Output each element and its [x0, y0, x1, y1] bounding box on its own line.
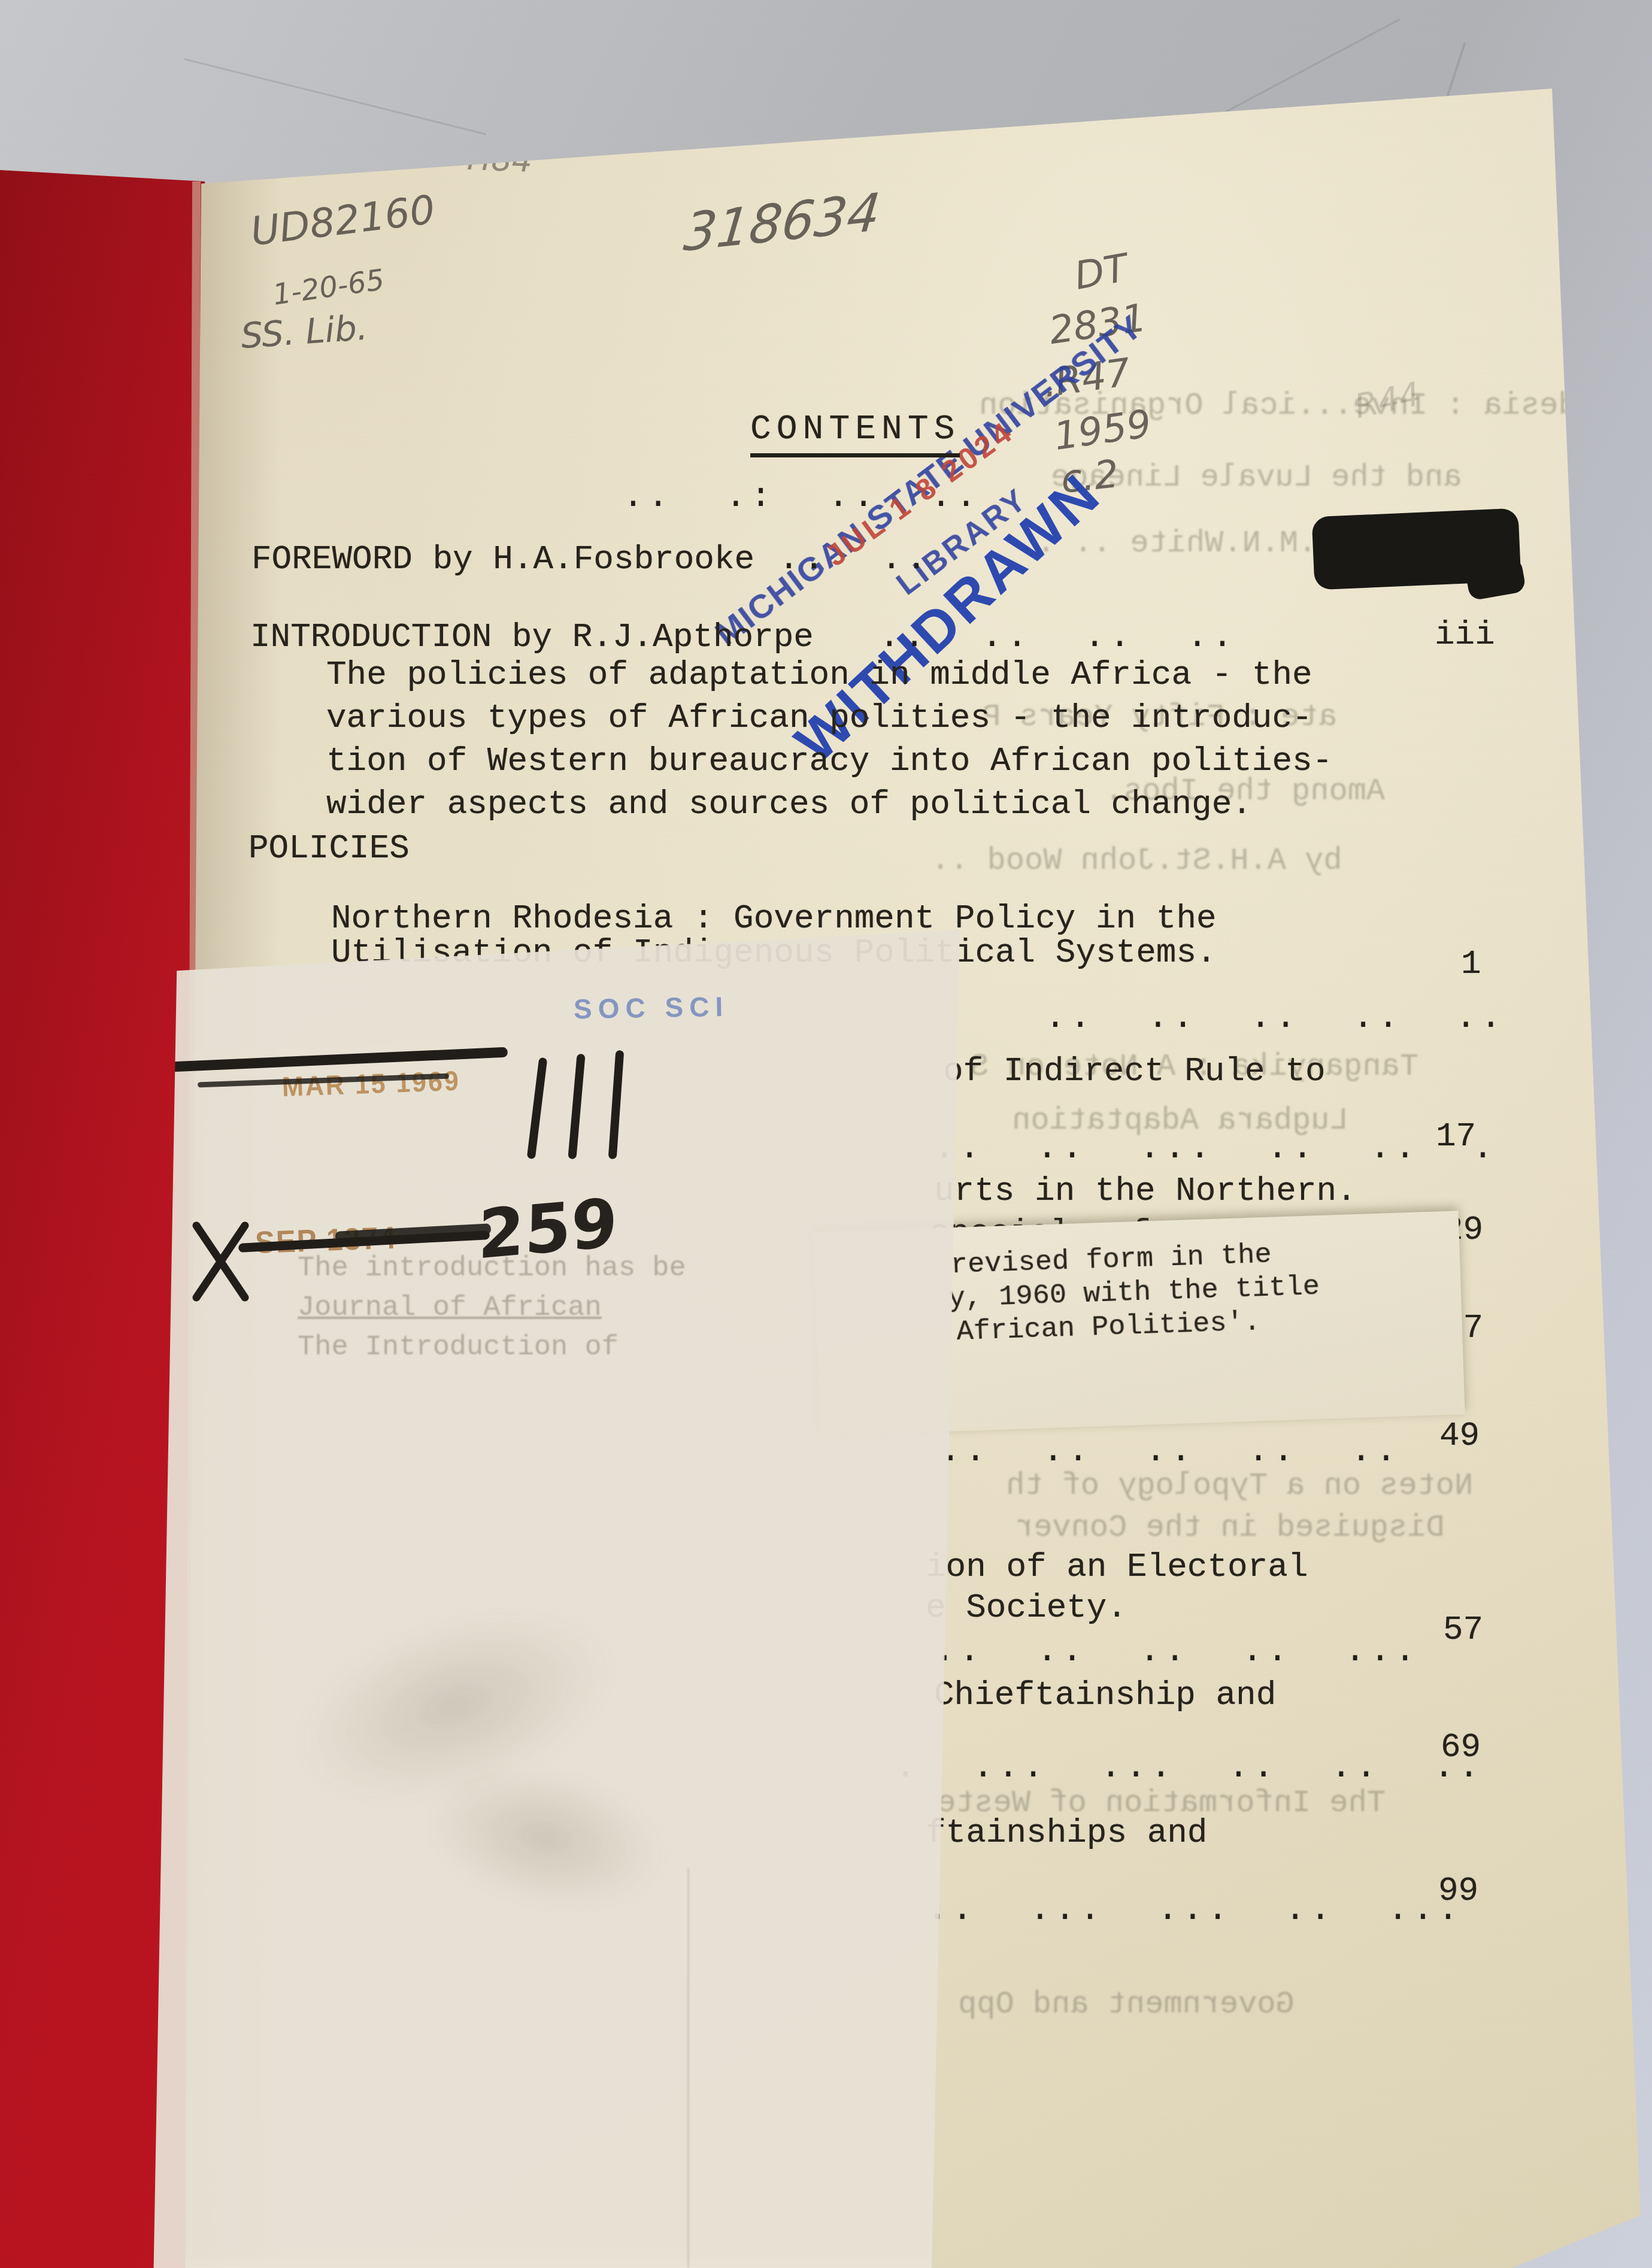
leader-dots: .. .: .. .. — [623, 478, 981, 517]
intro-summary-line: tion of Western bureaucracy into African… — [326, 744, 1332, 779]
marker-111-stroke — [568, 1054, 585, 1160]
page-number: 57 — [1443, 1611, 1483, 1649]
toc-entry-fragment: of Indirect Rule to — [943, 1054, 1326, 1089]
toc-entry-line: Northern Rhodesia : Government Policy in… — [331, 901, 1217, 936]
photo-scene: Northern Rhodesia : Inve...ical Organisa… — [0, 0, 1652, 2268]
leader-dots: .. .. — [778, 540, 931, 579]
marker-111-stroke — [527, 1057, 548, 1159]
page-number: 49 — [1439, 1417, 1480, 1455]
handwritten-259: 259 — [477, 1184, 618, 1274]
toc-entry-fragment: Chieftainship and — [934, 1678, 1276, 1713]
toc-foreword: FOREWORD by H.A.Fosbrooke — [251, 542, 754, 577]
leader-dots: .. .. .. .. .. — [940, 1432, 1401, 1471]
handwritten-accession: 318634 — [681, 182, 883, 263]
intro-summary-line: various types of African polities - the … — [326, 701, 1312, 736]
leader-dots: .. .. .. .. ... — [934, 1632, 1420, 1671]
page-number: 1 — [1461, 945, 1481, 983]
intro-summary-line: wider aspects and sources of political c… — [326, 787, 1252, 822]
marker-111-stroke — [608, 1050, 625, 1160]
toc-entry-fragment: e Society. — [926, 1590, 1127, 1626]
ghost-text: by A.H.St.John Wood .. — [931, 843, 1342, 878]
leader-dots: .. .. .. .. — [879, 618, 1237, 657]
slip-crease — [687, 1868, 689, 2268]
policies-heading: POLICIES — [248, 831, 410, 866]
ghost-text: Disguised in the Conver — [1015, 1510, 1445, 1545]
soc-sci-stamp: SOC SCI — [574, 990, 729, 1026]
leader-dots: . ... ... .. .. .. — [895, 1748, 1484, 1787]
contents-title: CONTENTS — [750, 412, 960, 457]
page-number: 69 — [1441, 1728, 1481, 1766]
ghost-text: Government and Opp — [958, 1987, 1295, 2022]
toc-entry-fragment: urts in the Northern. — [934, 1174, 1357, 1209]
toc-entry-fragment: ftainships and — [926, 1815, 1207, 1851]
ghost-text: The Introduction of — [298, 1332, 619, 1363]
page-number: 99 — [1438, 1872, 1478, 1910]
handwritten-date: 1-20-65 — [271, 263, 386, 312]
leader-dots: .. .. ... .. .. . — [934, 1129, 1498, 1168]
table-scratch — [184, 58, 486, 135]
toc-entry-fragment: ion of an Electoral — [926, 1550, 1308, 1585]
toc-introduction: INTRODUCTION by R.J.Apthorpe — [250, 620, 814, 655]
handwritten-lib: SS. Lib. — [240, 307, 369, 357]
leader-dots: .. .. .. .. .. — [1045, 999, 1505, 1038]
page-number: 17 — [1436, 1117, 1476, 1156]
leader-dots: .. ... ... .. ... — [927, 1891, 1463, 1930]
intro-summary-line: The policies of adaptation in middle Afr… — [326, 657, 1312, 693]
ghost-text: Journal of African — [298, 1292, 602, 1324]
call-number-line: DT — [1071, 246, 1131, 299]
page-number: iii — [1435, 615, 1495, 654]
ghost-text: Notes on a Typology of th — [1006, 1468, 1473, 1503]
